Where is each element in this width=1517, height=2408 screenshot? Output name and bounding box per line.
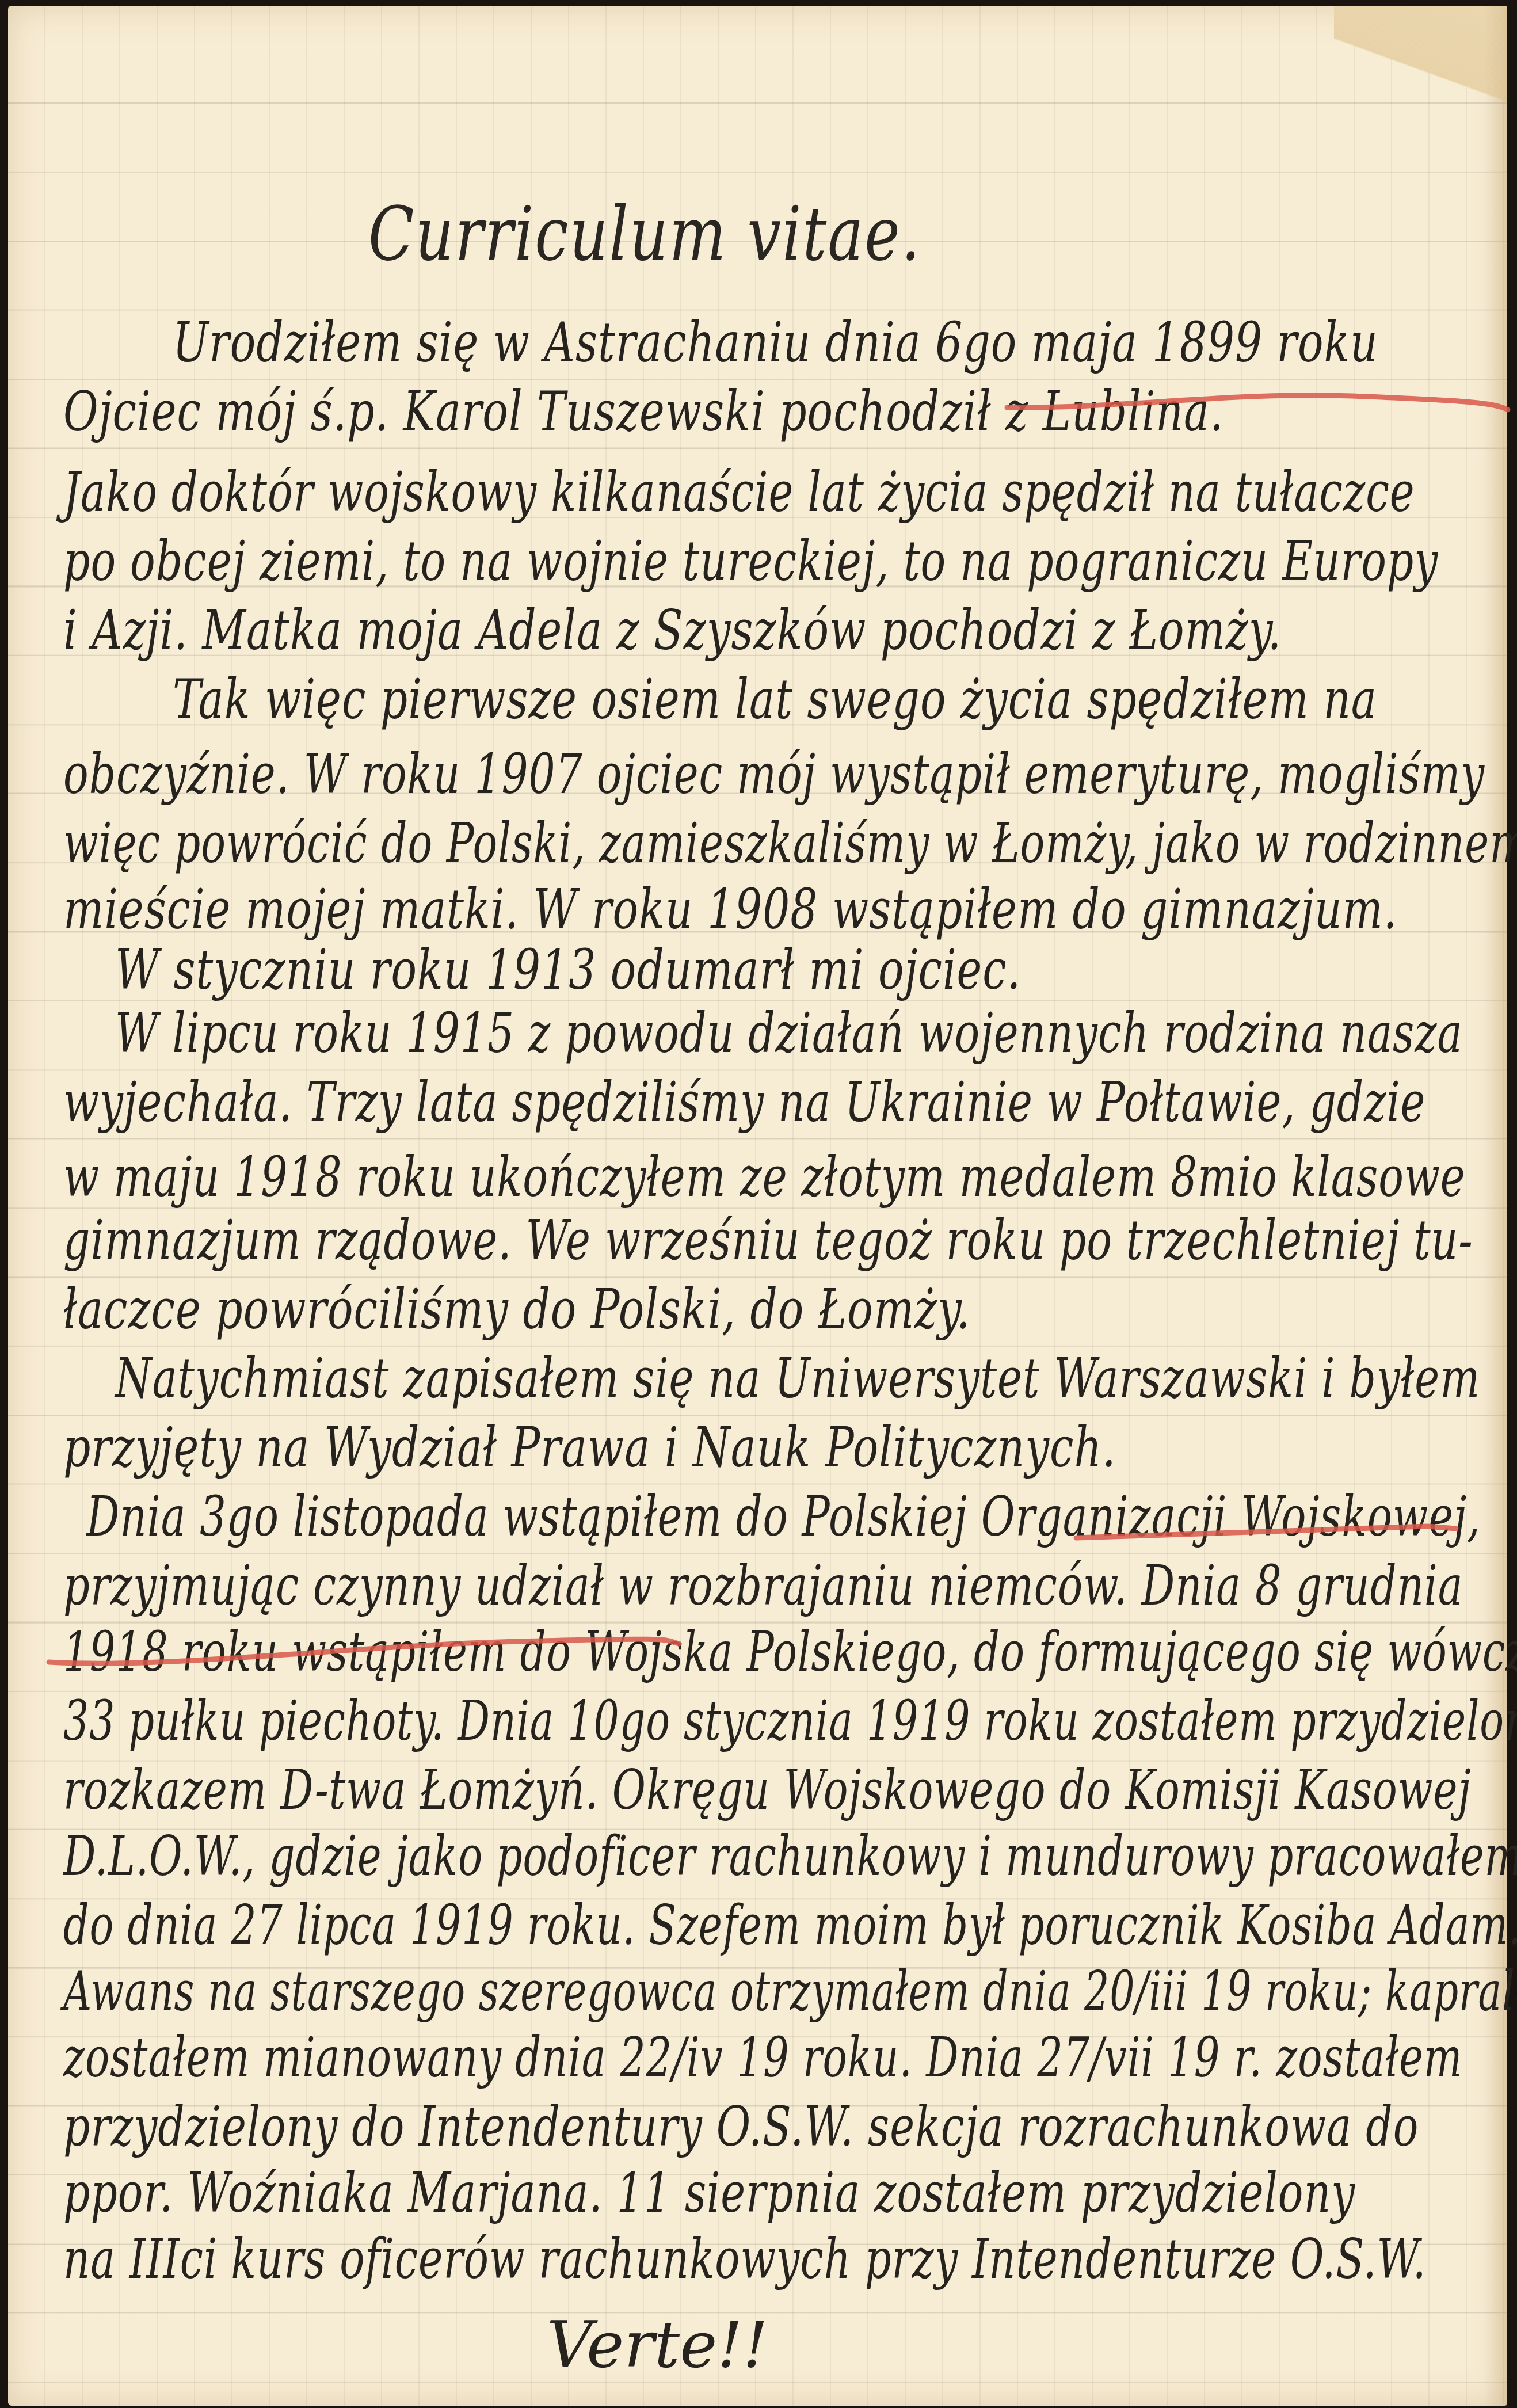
handwritten-line: 1918 roku wstąpiłem do Wojska Polskiego,… bbox=[63, 1620, 1517, 1685]
handwritten-line: Tak więc pierwsze osiem lat swego życia … bbox=[173, 668, 1377, 732]
handwritten-line: więc powrócić do Polski, zamieszkaliśmy … bbox=[63, 811, 1517, 876]
handwritten-line: obczyźnie. W roku 1907 ojciec mój wystąp… bbox=[63, 742, 1485, 807]
handwritten-line: przyjęty na Wydział Prawa i Nauk Polityc… bbox=[63, 1416, 1116, 1480]
handwritten-line: Jako doktór wojskowy kilkanaście lat życ… bbox=[63, 460, 1415, 525]
handwritten-line: i Azji. Matka moja Adela z Szyszków poch… bbox=[63, 599, 1282, 663]
handwritten-line: łaczce powróciliśmy do Polski, do Łomży. bbox=[63, 1278, 971, 1342]
handwritten-line: Dnia 3go listopada wstąpiłem do Polskiej… bbox=[86, 1485, 1481, 1549]
handwritten-line: zostałem mianowany dnia 22/iv 19 roku. D… bbox=[63, 2026, 1462, 2090]
handwritten-line: W styczniu roku 1913 odumarł mi ojciec. bbox=[115, 938, 1021, 1003]
handwritten-line: W lipcu roku 1915 z powodu działań wojen… bbox=[115, 1001, 1463, 1066]
page-edge-shadow bbox=[1484, 6, 1507, 2406]
handwritten-line: po obcej ziemi, to na wojnie tureckiej, … bbox=[63, 529, 1438, 594]
handwritten-line: Ojciec mój ś.p. Karol Tuszewski pochodzi… bbox=[63, 380, 1224, 444]
handwritten-line: na IIIci kurs oficerów rachunkowych przy… bbox=[63, 2227, 1427, 2292]
handwritten-line: wyjechała. Trzy lata spędziliśmy na Ukra… bbox=[63, 1070, 1426, 1135]
handwritten-line: rozkazem D-twa Łomżyń. Okręgu Wojskowego… bbox=[63, 1758, 1472, 1823]
handwritten-line: Urodziłem się w Astrachaniu dnia 6go maj… bbox=[173, 311, 1378, 375]
handwritten-line: Awans na starszego szeregowca otrzymałem… bbox=[63, 1960, 1517, 2024]
verte-closing: Verte!! bbox=[547, 2308, 768, 2382]
handwritten-line: do dnia 27 lipca 1919 roku. Szefem moim … bbox=[63, 1893, 1517, 1958]
handwritten-line: przydzielony do Intendentury O.S.W. sekc… bbox=[63, 2095, 1419, 2159]
handwritten-line: mieście mojej matki. W roku 1908 wstąpił… bbox=[63, 878, 1397, 942]
handwritten-line: 33 pułku piechoty. Dnia 10go stycznia 19… bbox=[63, 1689, 1517, 1754]
document-title: Curriculum vitae. bbox=[368, 190, 921, 278]
handwritten-line: w maju 1918 roku ukończyłem ze złotym me… bbox=[63, 1145, 1466, 1210]
handwritten-line: Natychmiast zapisałem się na Uniwersytet… bbox=[115, 1347, 1480, 1411]
handwritten-line: przyjmując czynny udział w rozbrajaniu n… bbox=[63, 1554, 1463, 1618]
handwritten-line: ppor. Woźniaka Marjana. 11 sierpnia zost… bbox=[63, 2161, 1355, 2226]
handwritten-line: gimnazjum rządowe. We wrześniu tegoż rok… bbox=[63, 1209, 1473, 1273]
folded-corner bbox=[1334, 6, 1507, 115]
handwritten-line: D.L.O.W., gdzie jako podoficer rachunkow… bbox=[63, 1824, 1517, 1889]
